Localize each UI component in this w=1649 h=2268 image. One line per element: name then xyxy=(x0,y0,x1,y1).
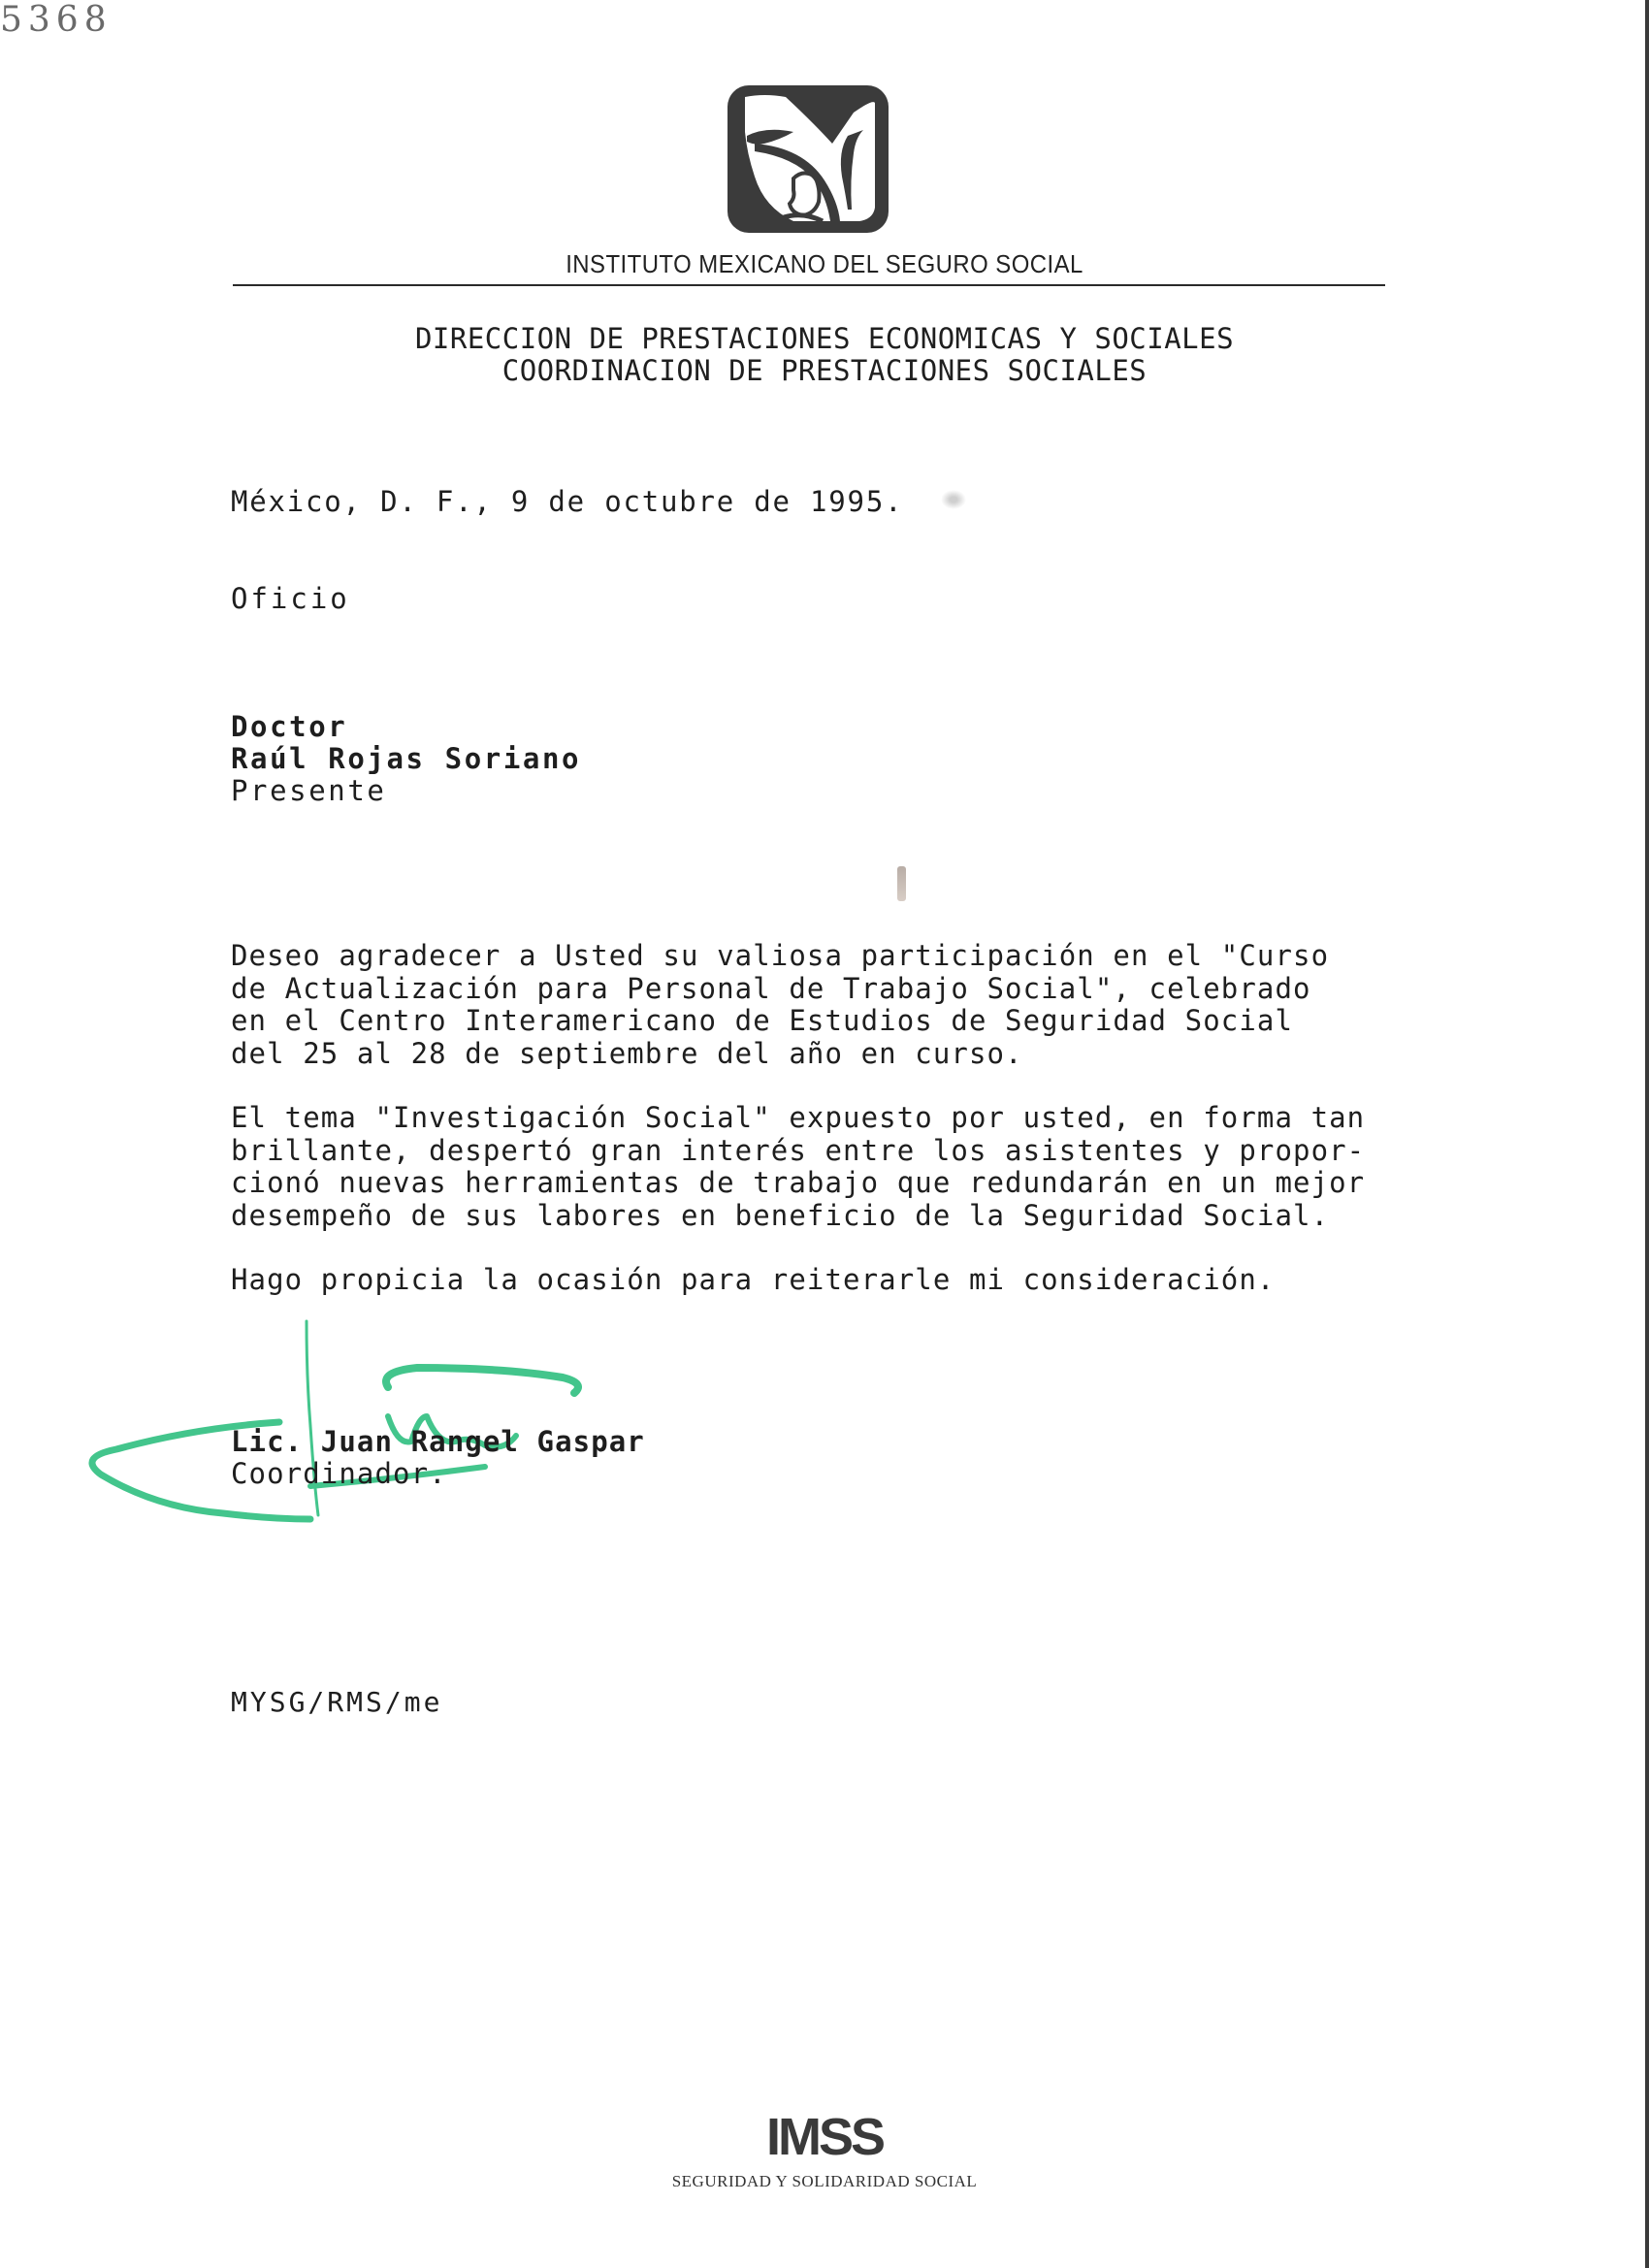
date-line: México, D. F., 9 de octubre de 1995. xyxy=(231,485,903,518)
recipient-salutation: Presente xyxy=(231,775,581,807)
scan-speck xyxy=(941,490,966,509)
department-header: DIRECCION DE PRESTACIONES ECONOMICAS Y S… xyxy=(0,323,1649,387)
imss-eagle-logo-icon xyxy=(726,83,890,235)
oficio-label: Oficio xyxy=(231,582,350,615)
body-paragraph-2: El tema "Investigación Social" expuesto … xyxy=(231,1102,1434,1232)
handwritten-signature xyxy=(78,1300,679,1533)
recipient-title: Doctor xyxy=(231,711,581,743)
body-paragraph-1: Deseo agradecer a Usted su valiosa parti… xyxy=(231,940,1434,1070)
oficio-number: 5368 xyxy=(0,0,1649,40)
signer-position: Coordinador. xyxy=(231,1458,645,1490)
reference-initials: MYSG/RMS/me xyxy=(231,1686,442,1718)
department-line-1: DIRECCION DE PRESTACIONES ECONOMICAS Y S… xyxy=(0,323,1649,355)
institution-name: INSTITUTO MEXICANO DEL SEGURO SOCIAL xyxy=(66,249,1583,279)
footer-imss-logo: IMSS xyxy=(0,2107,1649,2167)
letterhead-rule xyxy=(233,284,1385,286)
footer-tagline: SEGURIDAD Y SOLIDARIDAD SOCIAL xyxy=(0,2172,1649,2191)
signer-block: Lic. Juan Rangel Gaspar Coordinador. xyxy=(231,1426,645,1490)
signer-name: Lic. Juan Rangel Gaspar xyxy=(231,1426,645,1458)
recipient-block: Doctor Raúl Rojas Soriano Presente xyxy=(231,711,581,807)
department-line-2: COORDINACION DE PRESTACIONES SOCIALES xyxy=(0,355,1649,387)
recipient-name: Raúl Rojas Soriano xyxy=(231,743,581,775)
scan-speck xyxy=(897,866,906,901)
body-paragraph-3: Hago propicia la ocasión para reiterarle… xyxy=(231,1264,1434,1297)
